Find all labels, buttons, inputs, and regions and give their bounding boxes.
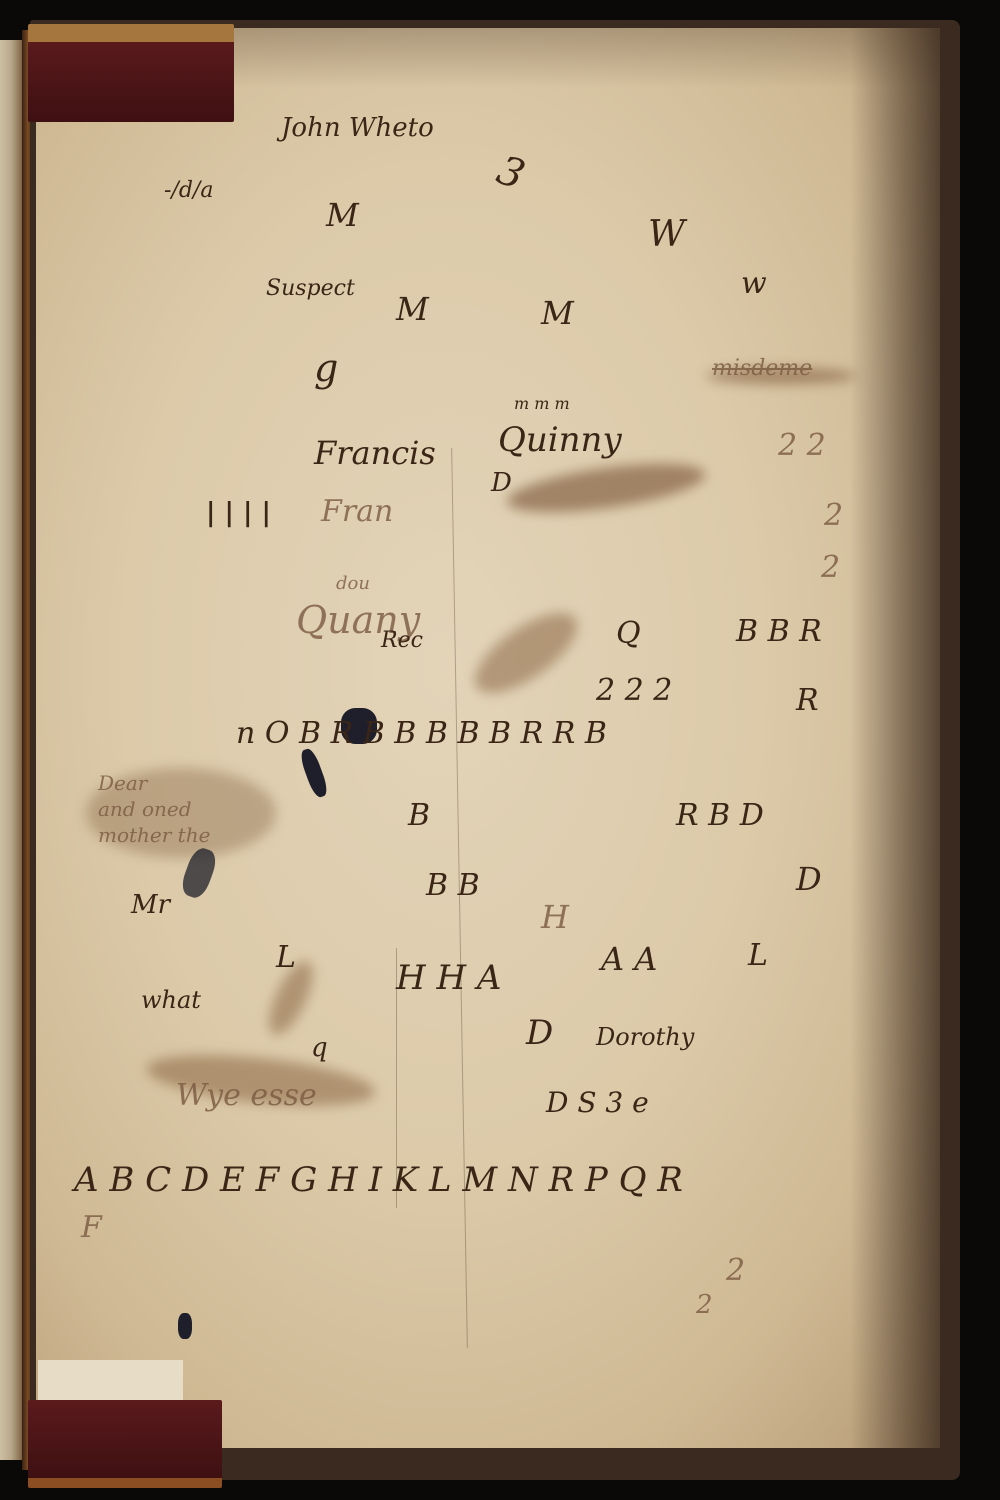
inscription-3: 3 — [491, 147, 531, 199]
inscription-l-right: L — [748, 938, 768, 973]
inscription-suspect: Suspect — [266, 276, 355, 301]
inscription-d-right: D — [796, 860, 822, 898]
inscription-tally: | | | | — [206, 498, 271, 528]
inscription-l-left: L — [276, 940, 296, 975]
inscription-fran-faint: Fran — [321, 494, 393, 529]
inscription-m-2: M — [541, 294, 574, 332]
inscription-john-wheto: John Wheto — [281, 113, 434, 143]
inscription-hha: H H A — [396, 958, 501, 998]
inscription-222: 2 2 2 — [596, 673, 672, 708]
inscription-bb: B B — [426, 868, 480, 903]
ink-smudge — [504, 454, 708, 521]
inscription-francis: Francis — [314, 434, 436, 472]
inscription-r-right: R — [796, 683, 819, 718]
book: John Wheto -/d/a 3 M W w Suspect M M g m… — [0, 10, 960, 1480]
inscription-dorothy: Dorothy — [596, 1023, 694, 1051]
leather-corner-tab-top — [28, 24, 234, 122]
inscription-m-marks: m m m — [514, 394, 570, 413]
inscription-h: H — [541, 898, 569, 936]
inscription-b-single: B — [408, 798, 430, 833]
inscription-2-end: 2 — [726, 1253, 745, 1288]
inscription-q-small: q — [311, 1033, 328, 1063]
ink-smudge — [463, 598, 590, 708]
inscription-m-curl: M — [326, 196, 359, 234]
inscription-q-mid: Q — [616, 616, 641, 651]
inscription-mr: Mr — [131, 890, 170, 920]
inscription-struck-word: misdeme — [712, 356, 812, 381]
inscription-m-1: M — [396, 290, 429, 328]
inscription-g: g — [314, 346, 338, 390]
ink-blot — [178, 1313, 192, 1339]
flyleaf-page: John Wheto -/d/a 3 M W w Suspect M M g m… — [36, 28, 940, 1448]
inscription-w-small: w — [741, 266, 767, 301]
pasted-paper-slip — [38, 1360, 183, 1402]
inscription-quinny: Quinny — [498, 420, 622, 460]
inscription-dsze: D S 3 e — [546, 1086, 649, 1119]
inscription-bbr: B B R — [736, 614, 822, 649]
inscription-letter-row: n O B R B B B B B R R B — [236, 716, 607, 751]
inscription-scribble: Wye esse — [176, 1078, 317, 1113]
inscription-what: what — [141, 986, 201, 1014]
inscription-d-name: D — [526, 1013, 553, 1053]
inscription-abbrev: -/d/a — [164, 178, 213, 203]
inscription-rec: Rec — [381, 628, 423, 653]
inscription-f-below: F — [81, 1210, 102, 1245]
inscription-2a: 2 — [824, 498, 843, 533]
inscription-rbd: R B D — [676, 798, 764, 833]
inscription-2b: 2 — [821, 550, 840, 585]
leather-corner-tab-bottom — [28, 1400, 222, 1488]
inscription-2b-end: 2 — [696, 1290, 713, 1320]
inscription-d-mark: D — [491, 468, 512, 498]
inscription-dou: dou — [336, 573, 370, 594]
inscription-alphabet: A B C D E F G H I K L M N R P Q R — [74, 1160, 683, 1200]
inscription-22: 2 2 — [778, 428, 826, 463]
inscription-w-curl: W — [648, 214, 685, 255]
inscription-aa: A A — [601, 940, 657, 978]
inscription-dear-note: Dear and oned mother the — [98, 770, 210, 848]
ink-blot — [298, 747, 330, 799]
